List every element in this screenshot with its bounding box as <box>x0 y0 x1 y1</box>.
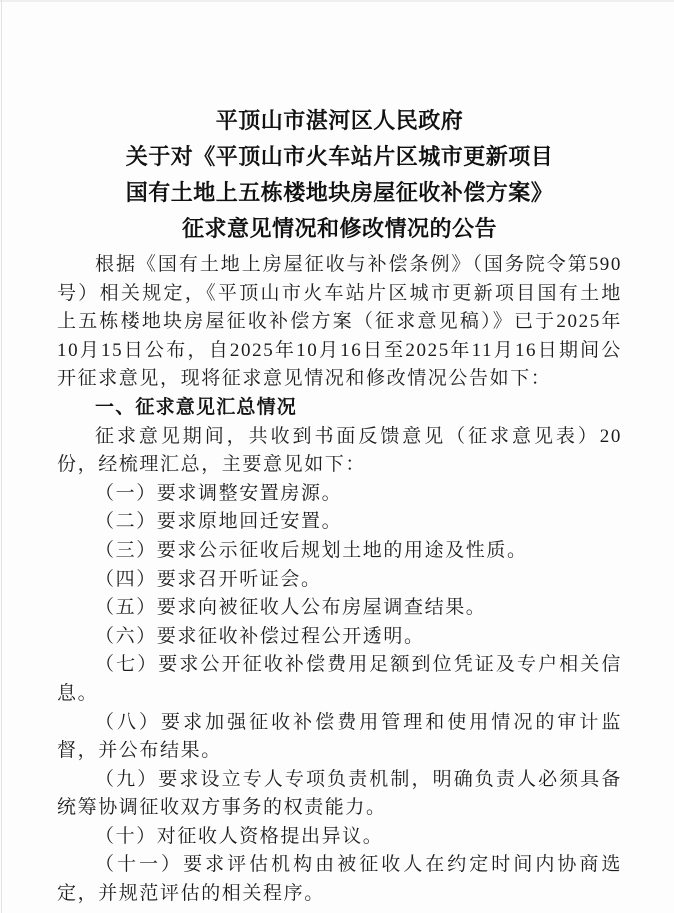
opinion-item-7: （七）要求公开征收补偿费用足额到位凭证及专户相关信息。 <box>57 651 622 708</box>
opinion-item-6: （六）要求征收补偿过程公开透明。 <box>57 623 622 652</box>
title-line-4: 征求意见情况和修改情况的公告 <box>57 211 622 247</box>
section-1-heading: 一、征求意见汇总情况 <box>57 394 622 423</box>
announcement-page: 平顶山市湛河区人民政府 关于对《平顶山市火车站片区城市更新项目 国有土地上五栋楼… <box>0 0 674 913</box>
opinion-item-10: （十）对征收人资格提出异议。 <box>57 823 622 852</box>
title-line-3: 国有土地上五栋楼地块房屋征收补偿方案》 <box>57 175 622 211</box>
title-line-1: 平顶山市湛河区人民政府 <box>57 103 622 139</box>
opinion-item-5: （五）要求向被征收人公布房屋调查结果。 <box>57 594 622 623</box>
page-left-edge <box>1 0 2 913</box>
page-top-edge <box>0 0 674 2</box>
opinion-item-11: （十一）要求评估机构由被征收人在约定时间内协商选定，并规范评估的相关程序。 <box>57 851 622 908</box>
title-line-2: 关于对《平顶山市火车站片区城市更新项目 <box>57 139 622 175</box>
opinion-item-4: （四）要求召开听证会。 <box>57 566 622 595</box>
opinion-item-9: （九）要求设立专人专项负责机制，明确负责人必须具备统筹协调征收双方事务的权责能力… <box>57 766 622 823</box>
opinion-item-1: （一）要求调整安置房源。 <box>57 480 622 509</box>
section-1-intro: 征求意见期间，共收到书面反馈意见（征求意见表）20份，经梳理汇总，主要意见如下： <box>57 423 622 480</box>
document-content: 平顶山市湛河区人民政府 关于对《平顶山市火车站片区城市更新项目 国有土地上五栋楼… <box>57 103 622 909</box>
document-title: 平顶山市湛河区人民政府 关于对《平顶山市火车站片区城市更新项目 国有土地上五栋楼… <box>57 103 622 247</box>
opinion-item-8: （八）要求加强征收补偿费用管理和使用情况的审计监督，并公布结果。 <box>57 709 622 766</box>
document-body: 根据《国有土地上房屋征收与补偿条例》（国务院令第590号）相关规定，《平顶山市火… <box>57 251 622 909</box>
opinion-item-3: （三）要求公示征收后规划土地的用途及性质。 <box>57 537 622 566</box>
intro-paragraph: 根据《国有土地上房屋征收与补偿条例》（国务院令第590号）相关规定，《平顶山市火… <box>57 251 622 394</box>
opinion-item-2: （二）要求原地回迁安置。 <box>57 508 622 537</box>
